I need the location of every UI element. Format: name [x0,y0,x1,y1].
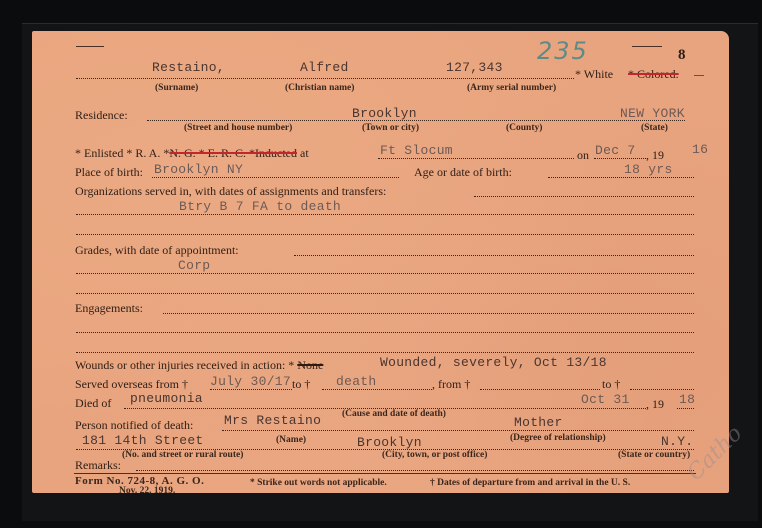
state-country-caption: (State or country) [618,450,690,460]
death-date-value: Oct 31 [581,392,630,407]
at-label: at [300,146,309,160]
top-right-rule [632,46,662,47]
grades-value: Corp [178,258,210,273]
state-caption: (State) [641,123,668,133]
form-date: Nov. 22, 1919. [119,486,175,496]
engagements-line-3 [76,352,694,353]
overseas-from2-line [480,389,600,390]
residence-town-value: Brooklyn [352,106,417,121]
christian-name-caption: (Christian name) [285,83,354,93]
relationship-caption: (Degree of relationship) [510,433,606,443]
overseas-from2-label: , from † [432,377,470,392]
year-prefix: , 19 [646,148,664,163]
army-serial-value: 127,343 [446,60,503,75]
struck-enlistment-options: N. G. * E. R. C. * [169,146,255,160]
age-line [548,177,694,178]
remarks-line [136,470,694,471]
overseas-to2-line [630,389,694,390]
residence-state-value: NEW YORK [620,106,685,121]
enlisted-options: * Enlisted * R. A. * [75,146,169,160]
surname-value: Restaino, [152,60,225,75]
overseas-to-value: death [336,374,377,389]
wounds-value: Wounded, severely, Oct 13/18 [380,355,607,370]
surname-caption: (Surname) [155,83,198,93]
notified-name-caption: (Name) [276,435,306,445]
engagements-line-2 [76,332,694,333]
wounds-label-text: Wounds or other injuries received in act… [75,358,294,372]
notified-city-value: Brooklyn [357,435,422,450]
notified-street-value: 181 14th Street [82,433,204,448]
christian-name-value: Alfred [300,60,349,75]
engagements-line-1 [163,313,694,314]
enlistment-date-value: Dec 7 [595,143,636,158]
notified-state-value: N.Y. [661,434,693,449]
overseas-to-line [322,389,432,390]
organizations-line-3 [76,234,694,235]
death-year-line [677,408,694,409]
race-colored-option: * Colored. [628,67,679,82]
death-year-value: 18 [679,392,695,407]
service-record-card: 235 8 Restaino, Alfred 127,343 * White *… [32,31,729,493]
grades-line-2 [76,273,694,274]
place-of-birth-label: Place of birth: [75,165,143,180]
organizations-line-1 [474,196,694,197]
remarks-label: Remarks: [75,458,121,473]
enlistment-year-value: 16 [692,142,708,157]
death-year-prefix: , 19 [646,397,664,412]
notified-name-value: Mrs Restaino [224,413,321,428]
card-number: 8 [678,47,686,64]
enlisted-label: * Enlisted * R. A. *N. G. * E. R. C. *In… [75,146,309,161]
residence-line [147,120,685,121]
grades-line-3 [76,293,694,294]
name-line [76,78,574,79]
cause-of-death-caption: (Cause and date of death) [342,409,446,419]
red-strike-tail [694,75,704,76]
footer-rule [74,473,696,474]
residence-label: Residence: [75,108,128,123]
overseas-from-label: Served overseas from † [75,377,188,392]
notified-line [222,430,694,431]
person-notified-label: Person notified of death: [75,418,193,433]
overseas-from-line [210,389,292,390]
race-colored-struck: * Colored. [628,67,679,81]
town-caption: (Town or city) [362,123,419,133]
cause-of-death-value: pneumonia [130,391,203,406]
top-left-rule [76,46,104,47]
wounds-label: Wounds or other injuries received in act… [75,358,323,373]
race-white-option: * White [575,67,613,82]
enlistment-date-line [594,158,646,159]
enlistment-location-value: Ft Slocum [380,143,453,158]
on-label: on [577,148,589,163]
overseas-from-value: July 30/17 [210,374,291,389]
organizations-value: Btry B 7 FA to death [179,199,341,214]
county-caption: (County) [506,123,542,133]
age-label: Age or date of birth: [414,165,512,180]
city-town-caption: (City, town, or post office) [382,450,487,460]
overseas-to-label: to † [292,377,310,392]
strike-out-note: * Strike out words not applicable. [250,478,387,488]
street-caption: (Street and house number) [184,123,292,133]
grades-label: Grades, with date of appointment: [75,243,239,258]
handwritten-number: 235 [537,37,589,65]
died-of-label: Died of [75,396,111,411]
engagements-label: Engagements: [75,301,143,316]
overseas-to2-label: to † [602,377,620,392]
place-of-birth-value: Brooklyn NY [154,162,243,177]
serial-caption: (Army serial number) [467,83,556,93]
wounds-none-struck: None [297,358,323,372]
dates-note: † Dates of departure from and arrival in… [430,478,630,488]
place-of-birth-line [152,177,399,178]
age-value: 18 yrs [624,162,673,177]
grades-line-1 [294,255,694,256]
enlistment-location-line [378,158,574,159]
inducted-option: Inducted [255,146,297,160]
relationship-value: Mother [514,415,563,430]
street-route-caption: (No. and street or rural route) [122,450,243,460]
organizations-line-2 [76,214,694,215]
organizations-label: Organizations served in, with dates of a… [75,184,386,199]
